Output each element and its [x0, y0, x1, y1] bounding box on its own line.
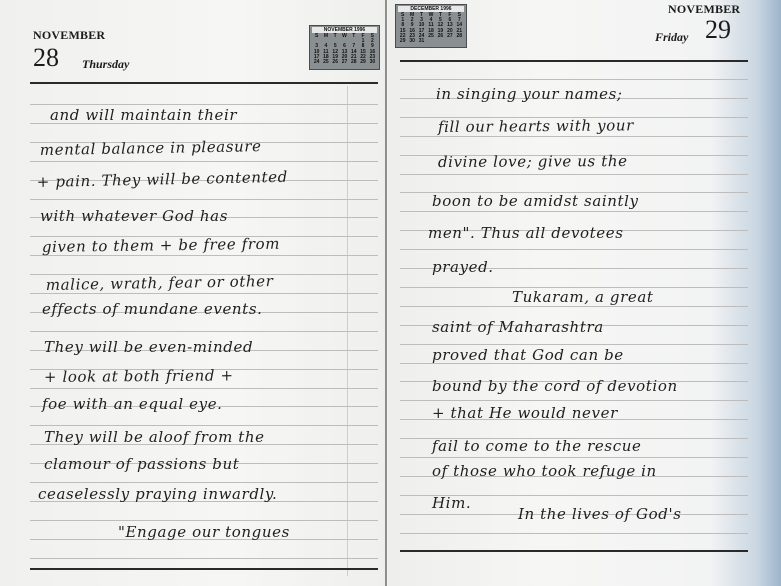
- handwritten-line: fail to come to the rescue: [432, 437, 641, 455]
- calendar-day: 26: [331, 60, 340, 65]
- mini-calendar-december: DECEMBER 1996 SMTWTFS1234567891011121314…: [395, 4, 467, 48]
- calendar-day: [436, 39, 445, 44]
- handwritten-line: with whatever God has: [40, 207, 228, 225]
- ruled-line: [400, 400, 748, 401]
- diary-page-right: DECEMBER 1996 SMTWTFS1234567891011121314…: [388, 0, 781, 586]
- header-rule: [30, 82, 378, 84]
- day-number: 28: [33, 45, 59, 71]
- calendar-day: 27: [340, 60, 349, 65]
- mini-calendar-grid: SMTWTFS123456789101112131415161718192021…: [312, 34, 377, 65]
- ruled-line: [400, 533, 748, 534]
- calendar-day: [445, 39, 454, 44]
- ruled-line: [30, 388, 378, 389]
- handwritten-line: saint of Maharashtra: [432, 318, 604, 336]
- diary-spread: NOVEMBER 28 Thursday NOVEMBER 1996 SMTWT…: [0, 0, 781, 586]
- calendar-day: 31: [417, 39, 426, 44]
- header-rule: [400, 60, 748, 62]
- ruled-line: [30, 104, 378, 105]
- handwritten-line: + look at both friend +: [44, 366, 234, 386]
- calendar-day: 28: [349, 60, 358, 65]
- handwritten-line: boon to be amidst saintly: [432, 192, 639, 210]
- handwritten-line: ceaselessly praying inwardly.: [38, 485, 277, 503]
- calendar-day: [455, 39, 464, 44]
- calendar-day: 24: [312, 60, 321, 65]
- calendar-day: 30: [407, 39, 416, 44]
- handwritten-line: divine love; give us the: [438, 152, 628, 171]
- handwritten-line: and will maintain their: [50, 106, 237, 124]
- ruled-line: [400, 457, 748, 458]
- handwritten-line: + pain. They will be contented: [37, 168, 288, 191]
- ruled-line: [30, 482, 378, 483]
- ruled-line: [400, 211, 748, 212]
- ruled-line: [30, 425, 378, 426]
- page-gutter: [385, 0, 387, 586]
- calendar-day: [426, 39, 435, 44]
- handwritten-line: "Engage our tongues: [118, 523, 290, 541]
- handwritten-line: fill our hearts with your: [438, 116, 634, 136]
- handwritten-line: They will be even-minded: [44, 338, 253, 356]
- handwritten-line: mental balance in pleasure: [40, 137, 262, 159]
- handwritten-line: They will be aloof from the: [44, 428, 265, 446]
- ruled-line: [30, 558, 378, 559]
- handwritten-line: in singing your names;: [436, 85, 623, 103]
- handwritten-line: In the lives of God's: [518, 505, 682, 523]
- mini-calendar-november: NOVEMBER 1996 SMTWTFS1234567891011121314…: [309, 25, 380, 70]
- ruled-line: [30, 199, 378, 200]
- handwritten-line: given to them + be free from: [42, 235, 280, 256]
- handwritten-line: + that He would never: [432, 404, 618, 422]
- handwritten-line: bound by the cord of devotion: [432, 377, 678, 395]
- calendar-day: 30: [368, 60, 377, 65]
- handwritten-line: clamour of passions but: [44, 455, 239, 473]
- handwritten-line: malice, wrath, fear or other: [46, 272, 274, 294]
- footer-rule: [400, 550, 748, 552]
- handwritten-line: Him.: [432, 494, 471, 512]
- weekday-label: Friday: [655, 30, 688, 45]
- calendar-day: 29: [358, 60, 367, 65]
- diary-page-left: NOVEMBER 28 Thursday NOVEMBER 1996 SMTWT…: [0, 0, 386, 586]
- handwritten-line: prayed.: [432, 258, 494, 276]
- ruled-line: [400, 344, 748, 345]
- month-label: NOVEMBER: [33, 28, 105, 43]
- calendar-day: 25: [321, 60, 330, 65]
- ruled-line: [30, 161, 378, 162]
- ruled-line: [400, 249, 748, 250]
- handwritten-line: of those who took refuge in: [432, 462, 657, 480]
- handwritten-line: men". Thus all devotees: [428, 224, 624, 242]
- calendar-day: 29: [398, 39, 407, 44]
- ruled-line: [30, 331, 378, 332]
- handwritten-line: proved that God can be: [432, 346, 624, 364]
- day-number: 29: [705, 17, 731, 43]
- handwritten-line: effects of mundane events.: [42, 300, 262, 318]
- handwritten-line: Tukaram, a great: [512, 288, 654, 306]
- weekday-label: Thursday: [82, 57, 129, 72]
- ruled-line: [400, 79, 748, 80]
- handwritten-line: foe with an equal eye.: [42, 395, 223, 413]
- footer-rule: [30, 568, 378, 570]
- mini-calendar-grid: SMTWTFS123456789101112131415161718192021…: [398, 13, 464, 44]
- ruled-line: [30, 520, 378, 521]
- ruled-line: [400, 174, 748, 175]
